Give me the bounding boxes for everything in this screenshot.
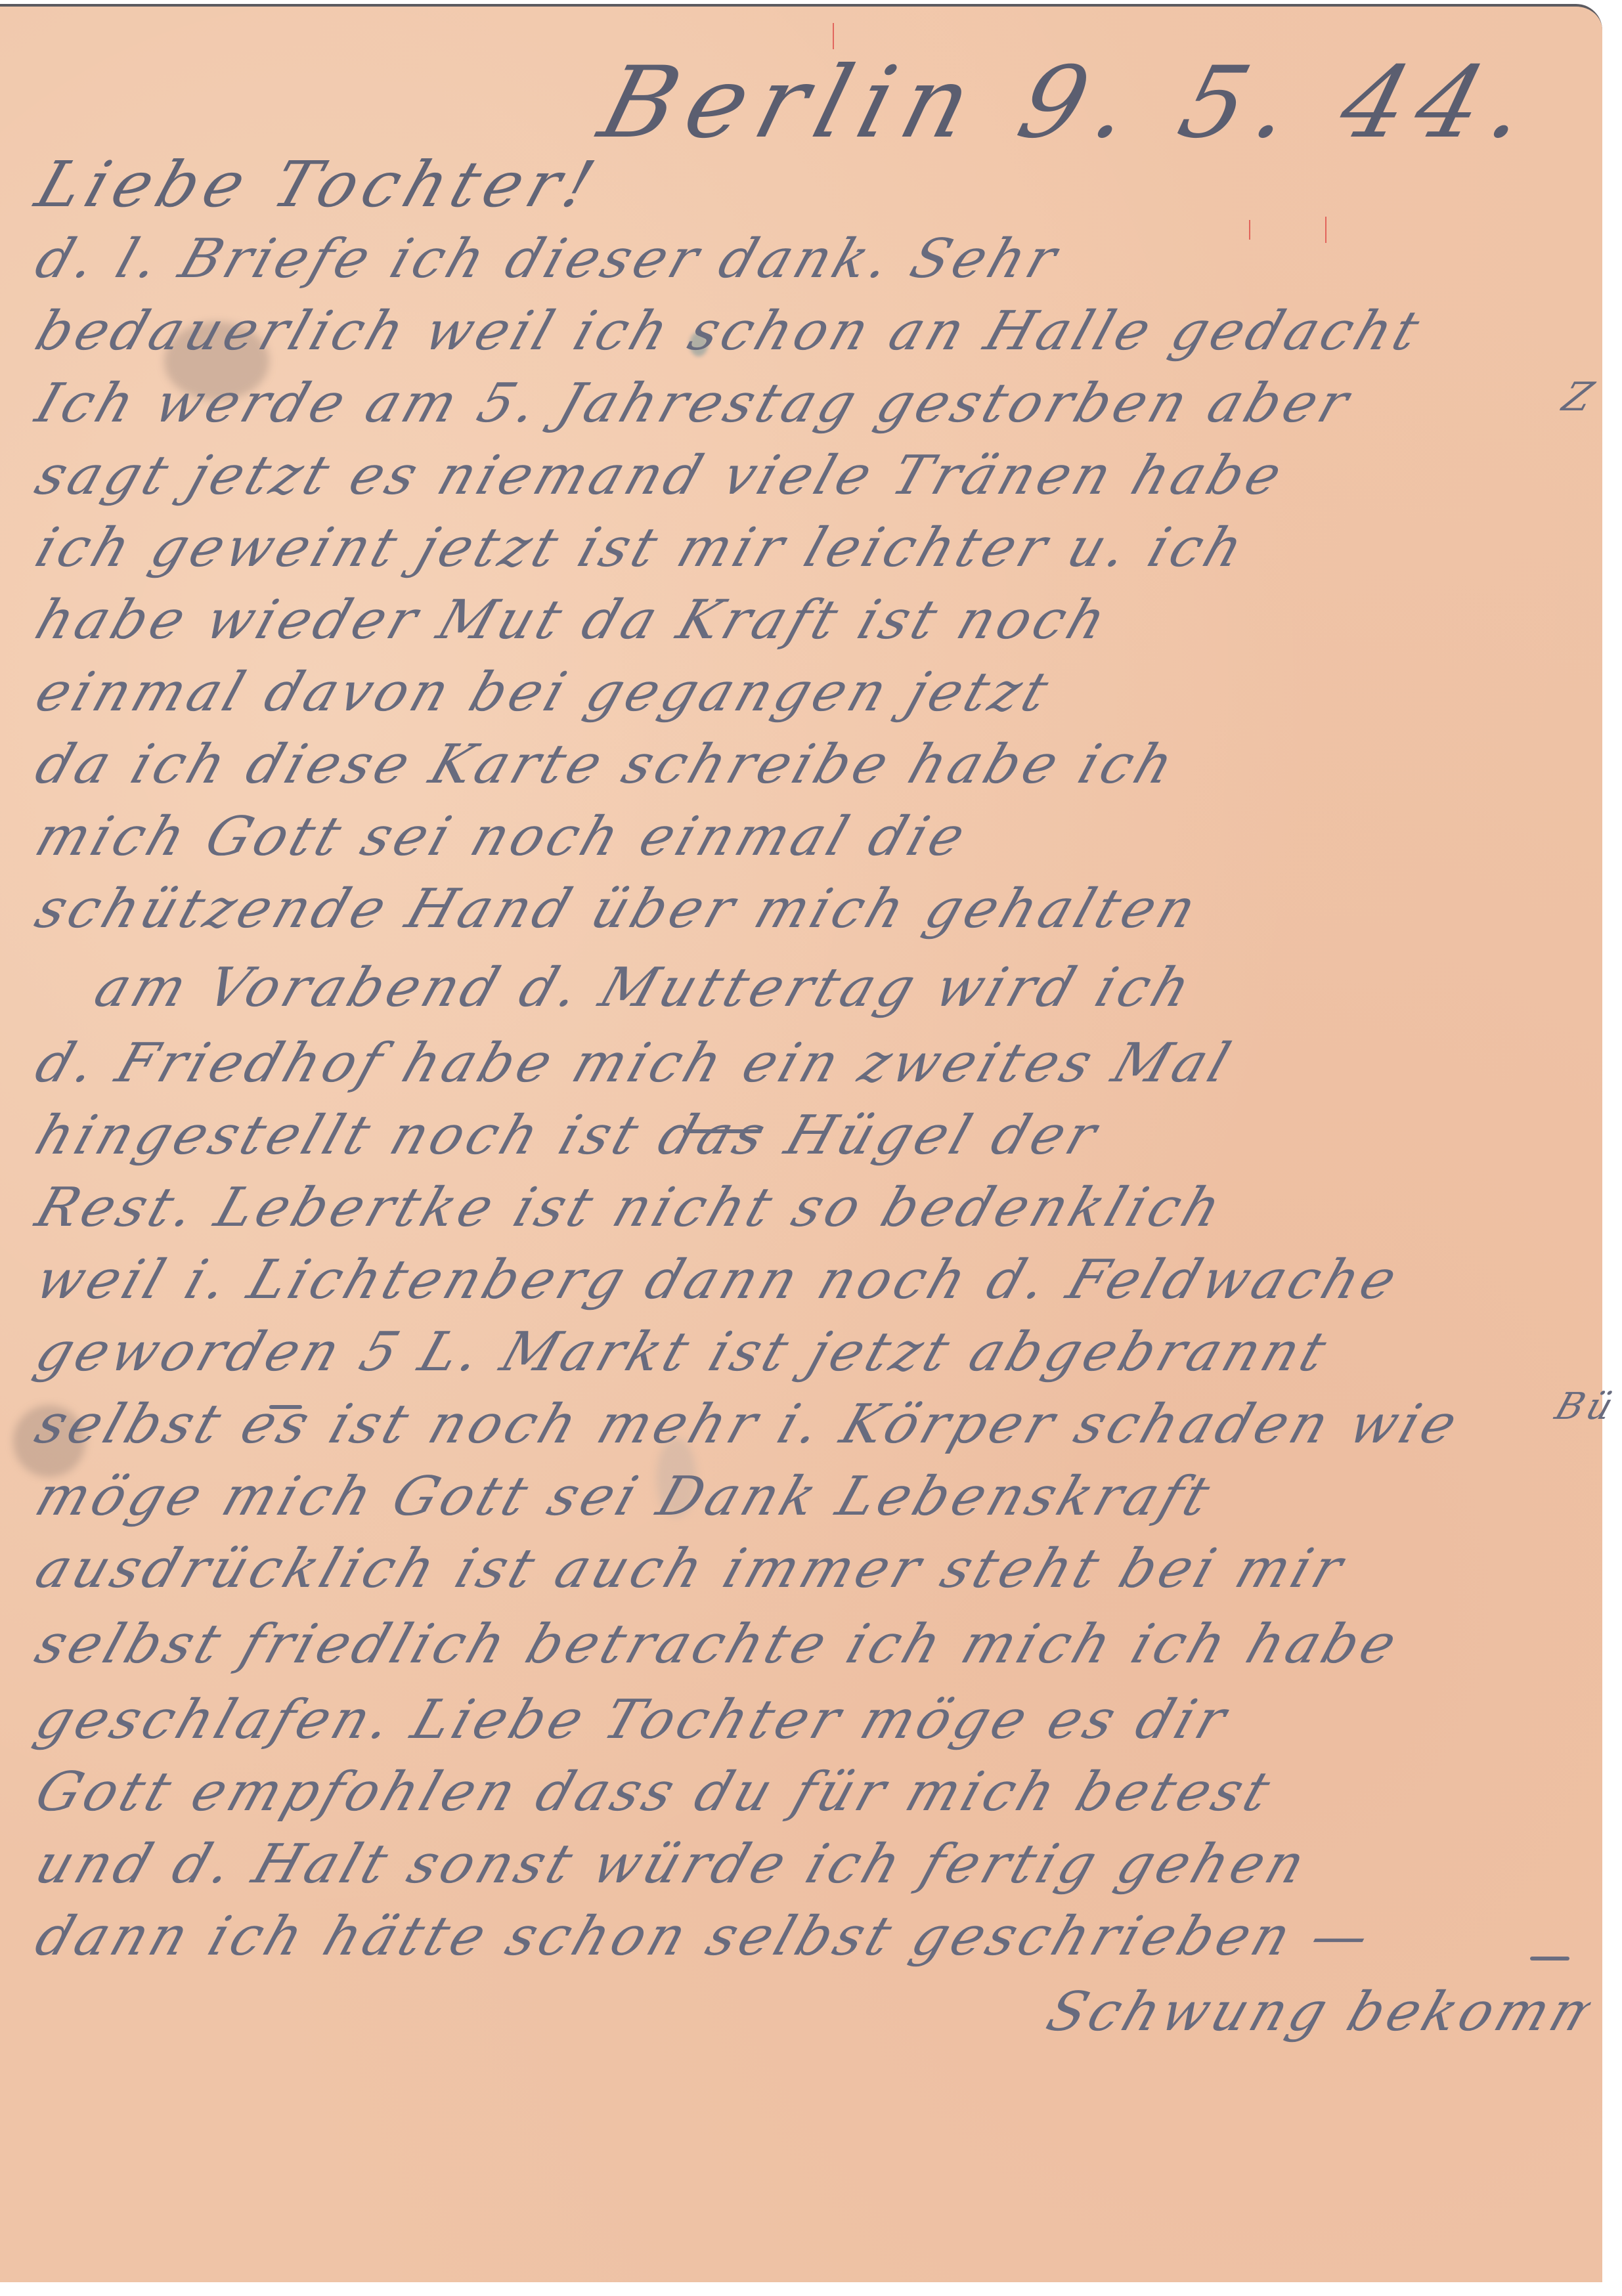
underline-stroke [269, 1405, 302, 1409]
letter-line: weil i. Lichtenberg dann noch d. Feldwac… [26, 1244, 1613, 1316]
letter-line: dann ich hätte schon selbst geschrieben … [26, 1901, 1613, 1973]
letter-line: Ich werde am 5. Jahrestag gestorben aber [26, 368, 1613, 440]
letter-line: selbst friedlich betrachte ich mich ich … [26, 1609, 1613, 1681]
underline-stroke [683, 1129, 762, 1133]
letter-line: geschlafen. Liebe Tochter möge es dir [26, 1684, 1613, 1756]
letter-line: ich geweint jetzt ist mir leichter u. ic… [26, 512, 1613, 584]
letter-line: am Vorabend d. Muttertag wird ich [85, 952, 1622, 1024]
letter-line: und d. Halt sonst würde ich fertig gehen [26, 1829, 1613, 1901]
letter-line: einmal davon bei gegangen jetzt [26, 657, 1613, 729]
place-date-header: Berlin 9. 5. 44. [589, 46, 1552, 160]
underline-stroke [1530, 1957, 1569, 1960]
letter-line: mich Gott sei noch einmal die [26, 801, 1613, 873]
letter-line: selbst es ist noch mehr i. Körper schade… [26, 1389, 1613, 1461]
letter-line: habe wieder Mut da Kraft ist noch [26, 584, 1613, 657]
letter-line: sagt jetzt es niemand viele Tränen habe [26, 440, 1613, 512]
letter-line: Gott empfohlen dass du für mich betest [26, 1756, 1613, 1829]
letter-line: d. Friedhof habe mich ein zweites Mal [26, 1028, 1613, 1100]
letter-line: hingestellt noch ist das Hügel der [26, 1100, 1613, 1172]
postcard-paper: Berlin 9. 5. 44. Liebe Tochter! d. l. Br… [0, 4, 1602, 2282]
letter-line: Schwung bekommen [1038, 1976, 1600, 2048]
red-mark [833, 23, 834, 49]
letter-line: bedauerlich weil ich schon an Halle geda… [26, 295, 1613, 368]
letter-line: Rest. Lebertke ist nicht so bedenklich [26, 1172, 1613, 1244]
letter-line: da ich diese Karte schreibe habe ich [26, 729, 1613, 801]
letter-line: d. l. Briefe ich dieser dank. Sehr [26, 223, 1613, 295]
letter-line: ausdrücklich ist auch immer steht bei mi… [26, 1533, 1613, 1605]
salutation: Liebe Tochter! [28, 148, 609, 221]
letter-line: möge mich Gott sei Dank Lebenskraft [26, 1461, 1613, 1533]
letter-line: geworden 5 L. Markt ist jetzt abgebrannt [26, 1316, 1613, 1389]
letter-line: schützende Hand über mich gehalten [26, 873, 1613, 945]
